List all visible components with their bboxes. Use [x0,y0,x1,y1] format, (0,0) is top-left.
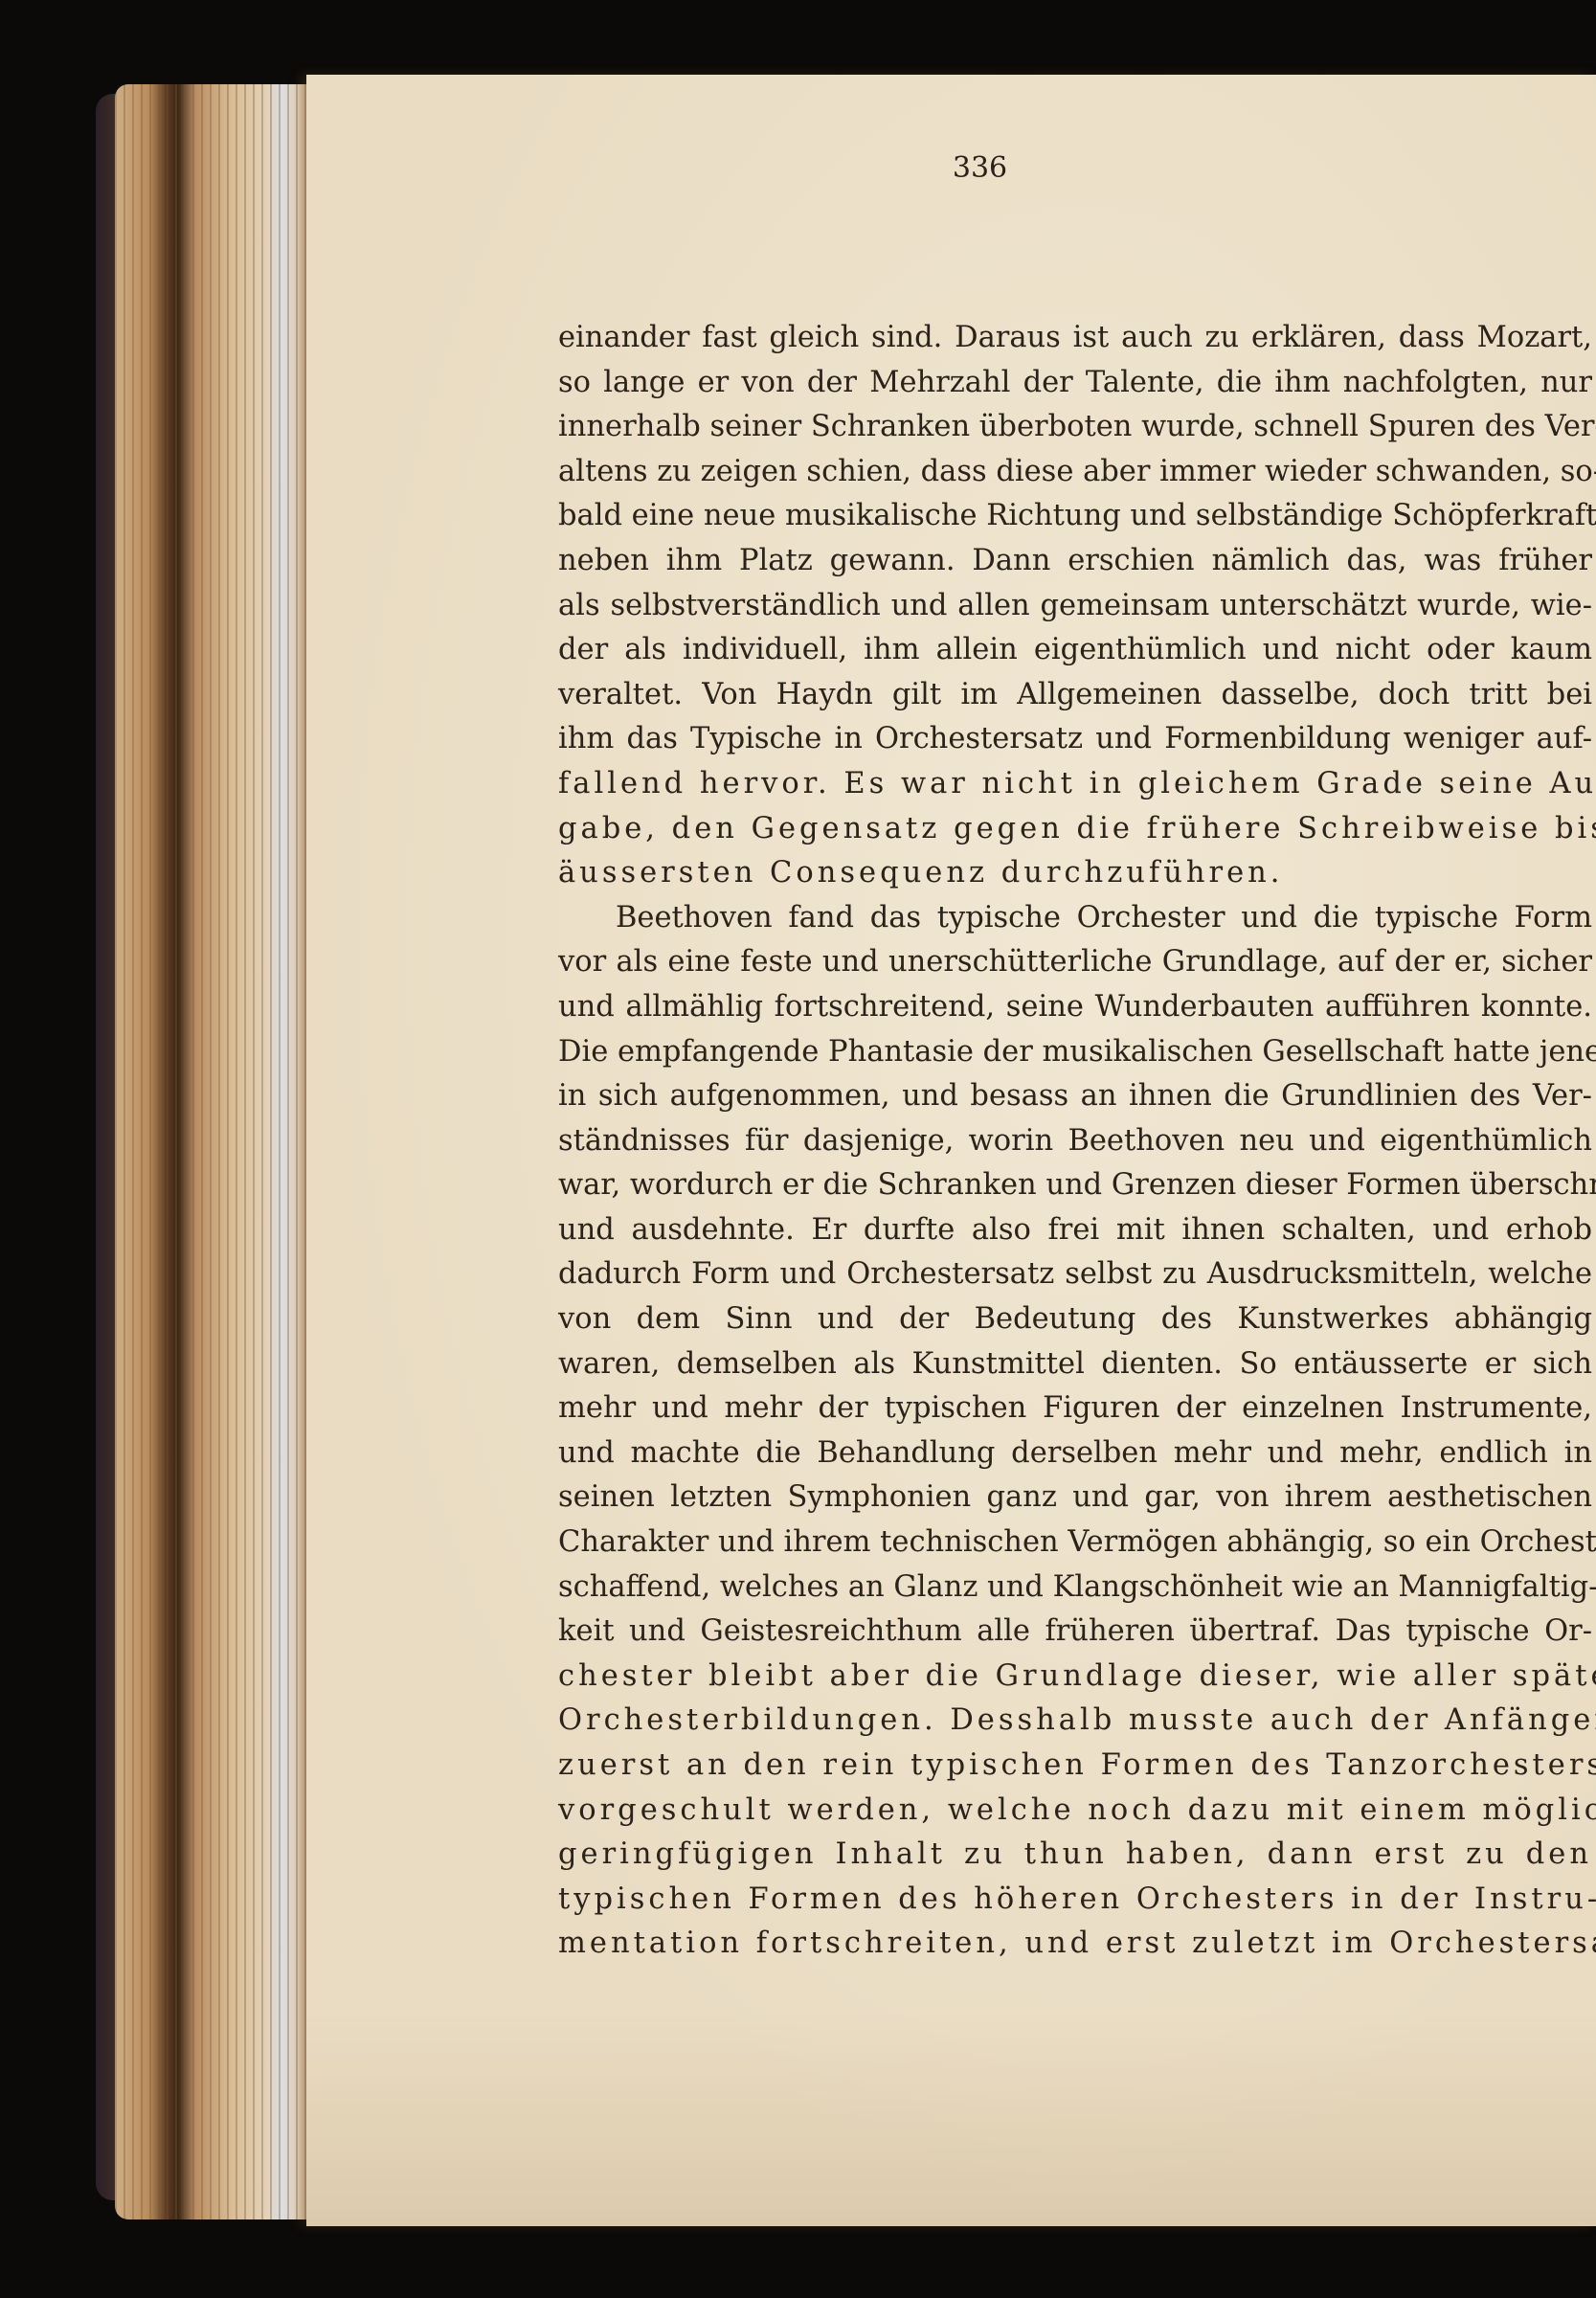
text-line: innerhalb seiner Schranken überboten wur… [558,405,1592,450]
text-line: typischen Formen des höheren Orchesters … [558,1878,1592,1923]
text-line: veraltet. Von Haydn gilt im Allgemeinen … [558,673,1592,718]
paragraph-start-line: Beethoven fand das typische Orchester un… [558,896,1592,941]
text-line: neben ihm Platz gewann. Dann erschien nä… [558,539,1592,584]
body-text: einander fast gleich sind. Daraus ist au… [558,316,1592,1967]
text-line: so lange er von der Mehrzahl der Talente… [558,361,1592,406]
text-line: als selbstverständlich und allen gemeins… [558,584,1592,629]
text-line: mehr und mehr der typischen Figuren der … [558,1386,1592,1431]
text-line: der als individuell, ihm allein eigenthü… [558,628,1592,673]
text-line: keit und Geistesreichthum alle früheren … [558,1610,1592,1655]
text-line: und ausdehnte. Er durfte also frei mit i… [558,1208,1592,1253]
text-line: einander fast gleich sind. Daraus ist au… [558,316,1592,361]
text-line: bald eine neue musikalische Richtung und… [558,494,1592,539]
text-line: ständnisses für dasjenige, worin Beethov… [558,1119,1592,1164]
text-line: mentation fortschreiten, und erst zuletz… [558,1922,1592,1967]
text-line: geringfügigen Inhalt zu thun haben, dann… [558,1833,1592,1878]
text-line: waren, demselben als Kunstmittel dienten… [558,1342,1592,1387]
text-line: chester bleibt aber die Grundlage dieser… [558,1655,1592,1700]
text-line: gabe, den Gegensatz gegen die frühere Sc… [558,807,1592,852]
text-line: Die empfangende Phantasie der musikalisc… [558,1030,1592,1075]
text-line: schaffend, welches an Glanz und Klangsch… [558,1566,1592,1611]
text-line: ihm das Typische in Orchestersatz und Fo… [558,717,1592,762]
text-line: zuerst an den rein typischen Formen des … [558,1744,1592,1789]
text-line: dadurch Form und Orchestersatz selbst zu… [558,1252,1592,1297]
text-line: seinen letzten Symphonien ganz und gar, … [558,1476,1592,1521]
text-line: und allmählig fortschreitend, seine Wund… [558,985,1592,1030]
text-line: Charakter und ihrem technischen Vermögen… [558,1521,1592,1566]
text-line: vor als eine feste und unerschütterliche… [558,940,1592,985]
text-line: vorgeschult werden, welche noch dazu mit… [558,1789,1592,1834]
book-page: 336 einander fast gleich sind. Daraus is… [306,75,1596,2226]
text-line: äussersten Consequenz durchzuführen. [558,851,1592,896]
book: 336 einander fast gleich sind. Daraus is… [96,75,1596,2229]
text-line: und machte die Behandlung derselben mehr… [558,1431,1592,1476]
text-line: in sich aufgenommen, und besass an ihnen… [558,1074,1592,1119]
page-number: 336 [306,151,1596,185]
text-line: fallend hervor. Es war nicht in gleichem… [558,762,1592,807]
text-line: war, wordurch er die Schranken und Grenz… [558,1163,1592,1208]
text-line: Orchesterbildungen. Desshalb musste auch… [558,1699,1592,1744]
text-line: von dem Sinn und der Bedeutung des Kunst… [558,1297,1592,1342]
text-line: altens zu zeigen schien, dass diese aber… [558,450,1592,495]
